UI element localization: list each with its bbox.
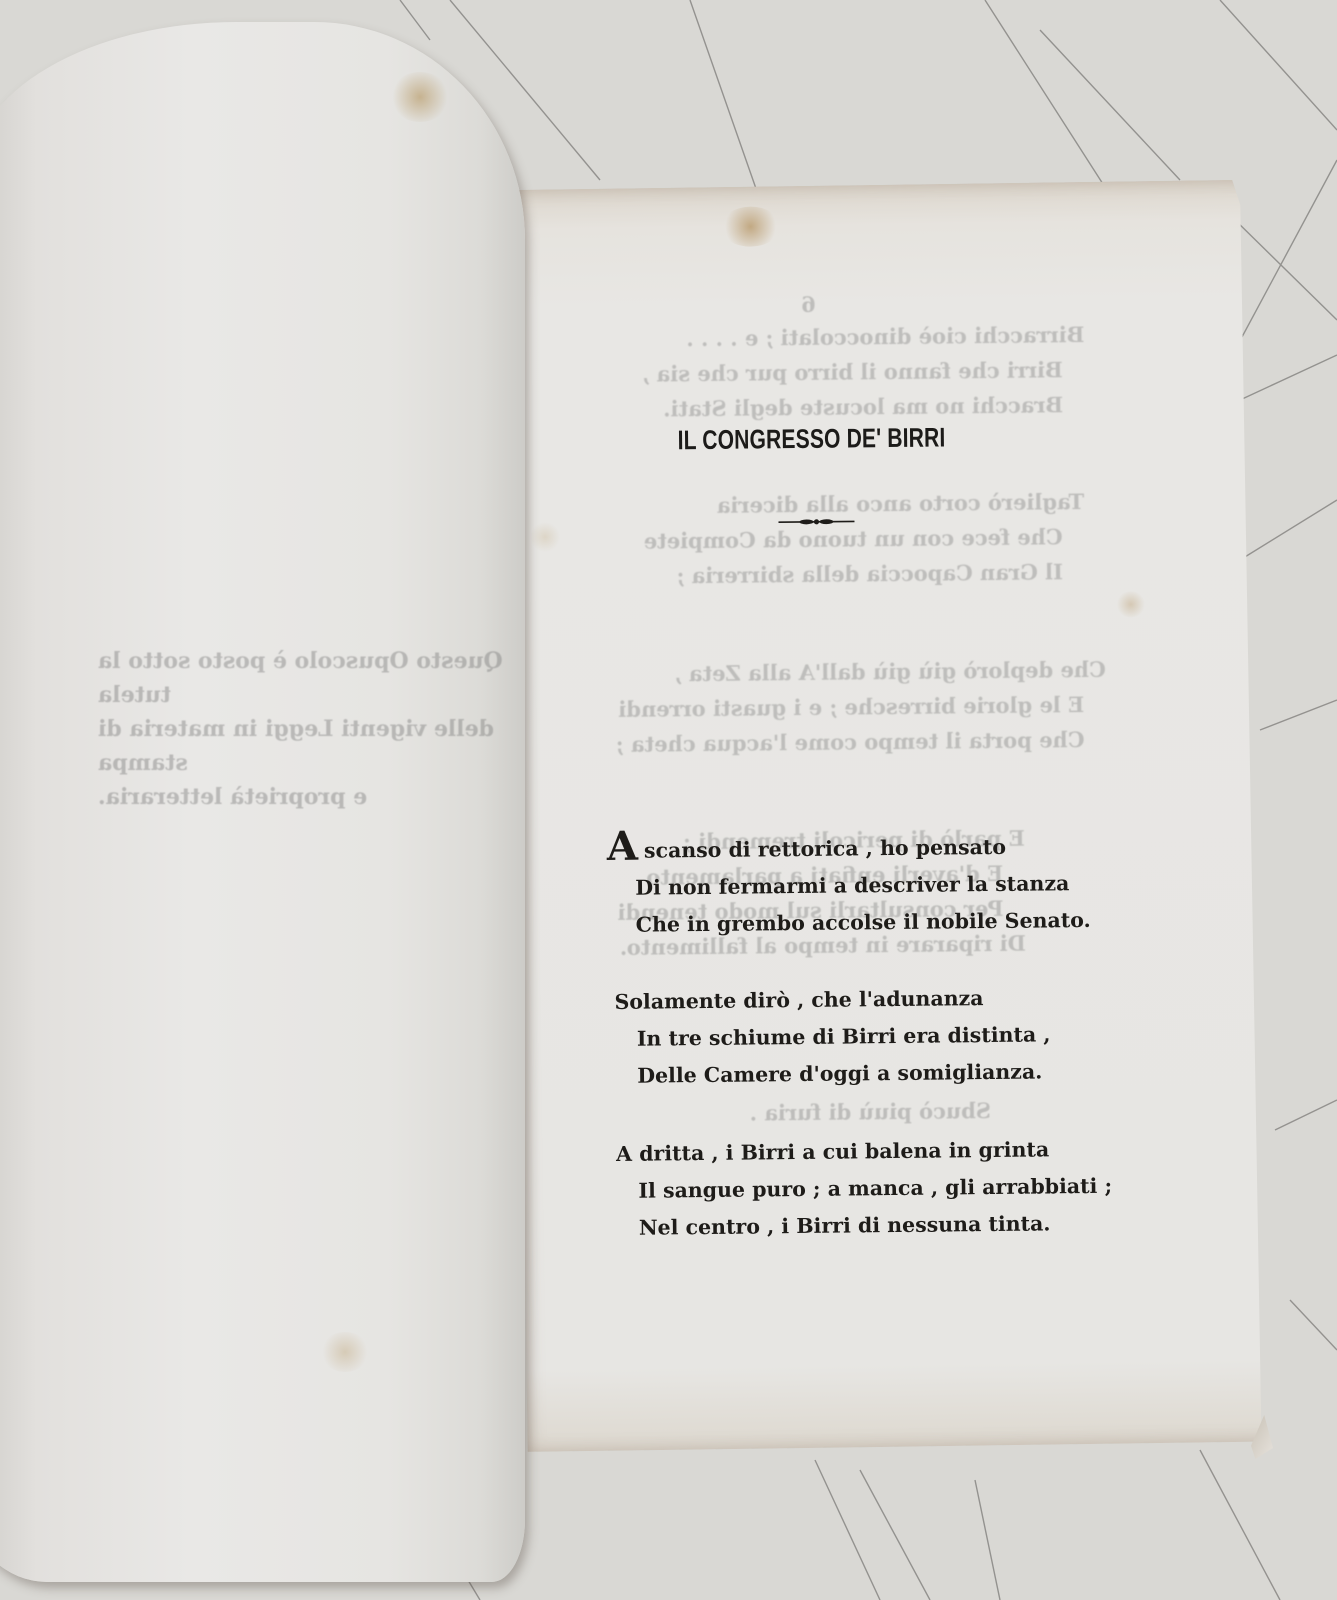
- fleuron-rule-icon: [778, 516, 854, 527]
- foxing-stain: [390, 72, 450, 122]
- verse-line: Di non fermarmi a descriver la stanza: [613, 865, 1090, 907]
- stanza-1: Ascanso di rettorica , ho pensato Di non…: [613, 827, 1091, 944]
- verse-line: Delle Camere d'oggi a somiglianza.: [615, 1053, 1051, 1095]
- verse-line: Solamente dirò , che l'adunanza: [614, 979, 1050, 1021]
- show-through-line: e proprietà letteraria.: [98, 780, 518, 814]
- show-through-block: Birracchi cioè dinoccolati ; e . . . . B…: [641, 317, 1085, 427]
- verse-line: Nel centro , i Birri di nessuna tinta.: [617, 1205, 1113, 1247]
- show-through-page-number: 6: [801, 287, 816, 322]
- drop-cap: A: [607, 823, 639, 870]
- show-through-line: Questo Opuscolo è posto sotto la tutela: [98, 644, 518, 712]
- stanza-2: Solamente dirò , che l'adunanza In tre s…: [614, 979, 1051, 1095]
- show-through-block: Sbucò piuù di furia .: [749, 1093, 991, 1131]
- verse-line: Il sangue puro ; a manca , gli arrabbiat…: [616, 1168, 1112, 1210]
- verse-line: Ascanso di rettorica , ho pensato: [613, 827, 1090, 870]
- page-content: 6 Birracchi cioè dinoccolati ; e . . . .…: [510, 182, 1243, 1451]
- verse-line: Che in grembo accolse il nobile Senato.: [614, 902, 1091, 944]
- verse-line: A dritta , i Birri a cui balena in grint…: [616, 1131, 1112, 1173]
- stanza-3: A dritta , i Birri a cui balena in grint…: [616, 1131, 1113, 1247]
- verse-line: In tre schiume di Birri era distinta ,: [615, 1016, 1051, 1058]
- show-through-block: Taglierò corto anco alla diceria Che fec…: [643, 484, 1085, 594]
- left-page-show-through-text: Questo Opuscolo è posto sotto la tutela …: [98, 644, 518, 814]
- poem-title: IL CONGRESSO DE' BIRRI: [677, 422, 945, 456]
- show-through-block: Che deplorò giù giù dall'A alla Zeta , E…: [615, 652, 1107, 762]
- show-through-line: delle vigenti Leggi in materia di stampa: [98, 712, 518, 780]
- foxing-stain: [320, 1332, 370, 1372]
